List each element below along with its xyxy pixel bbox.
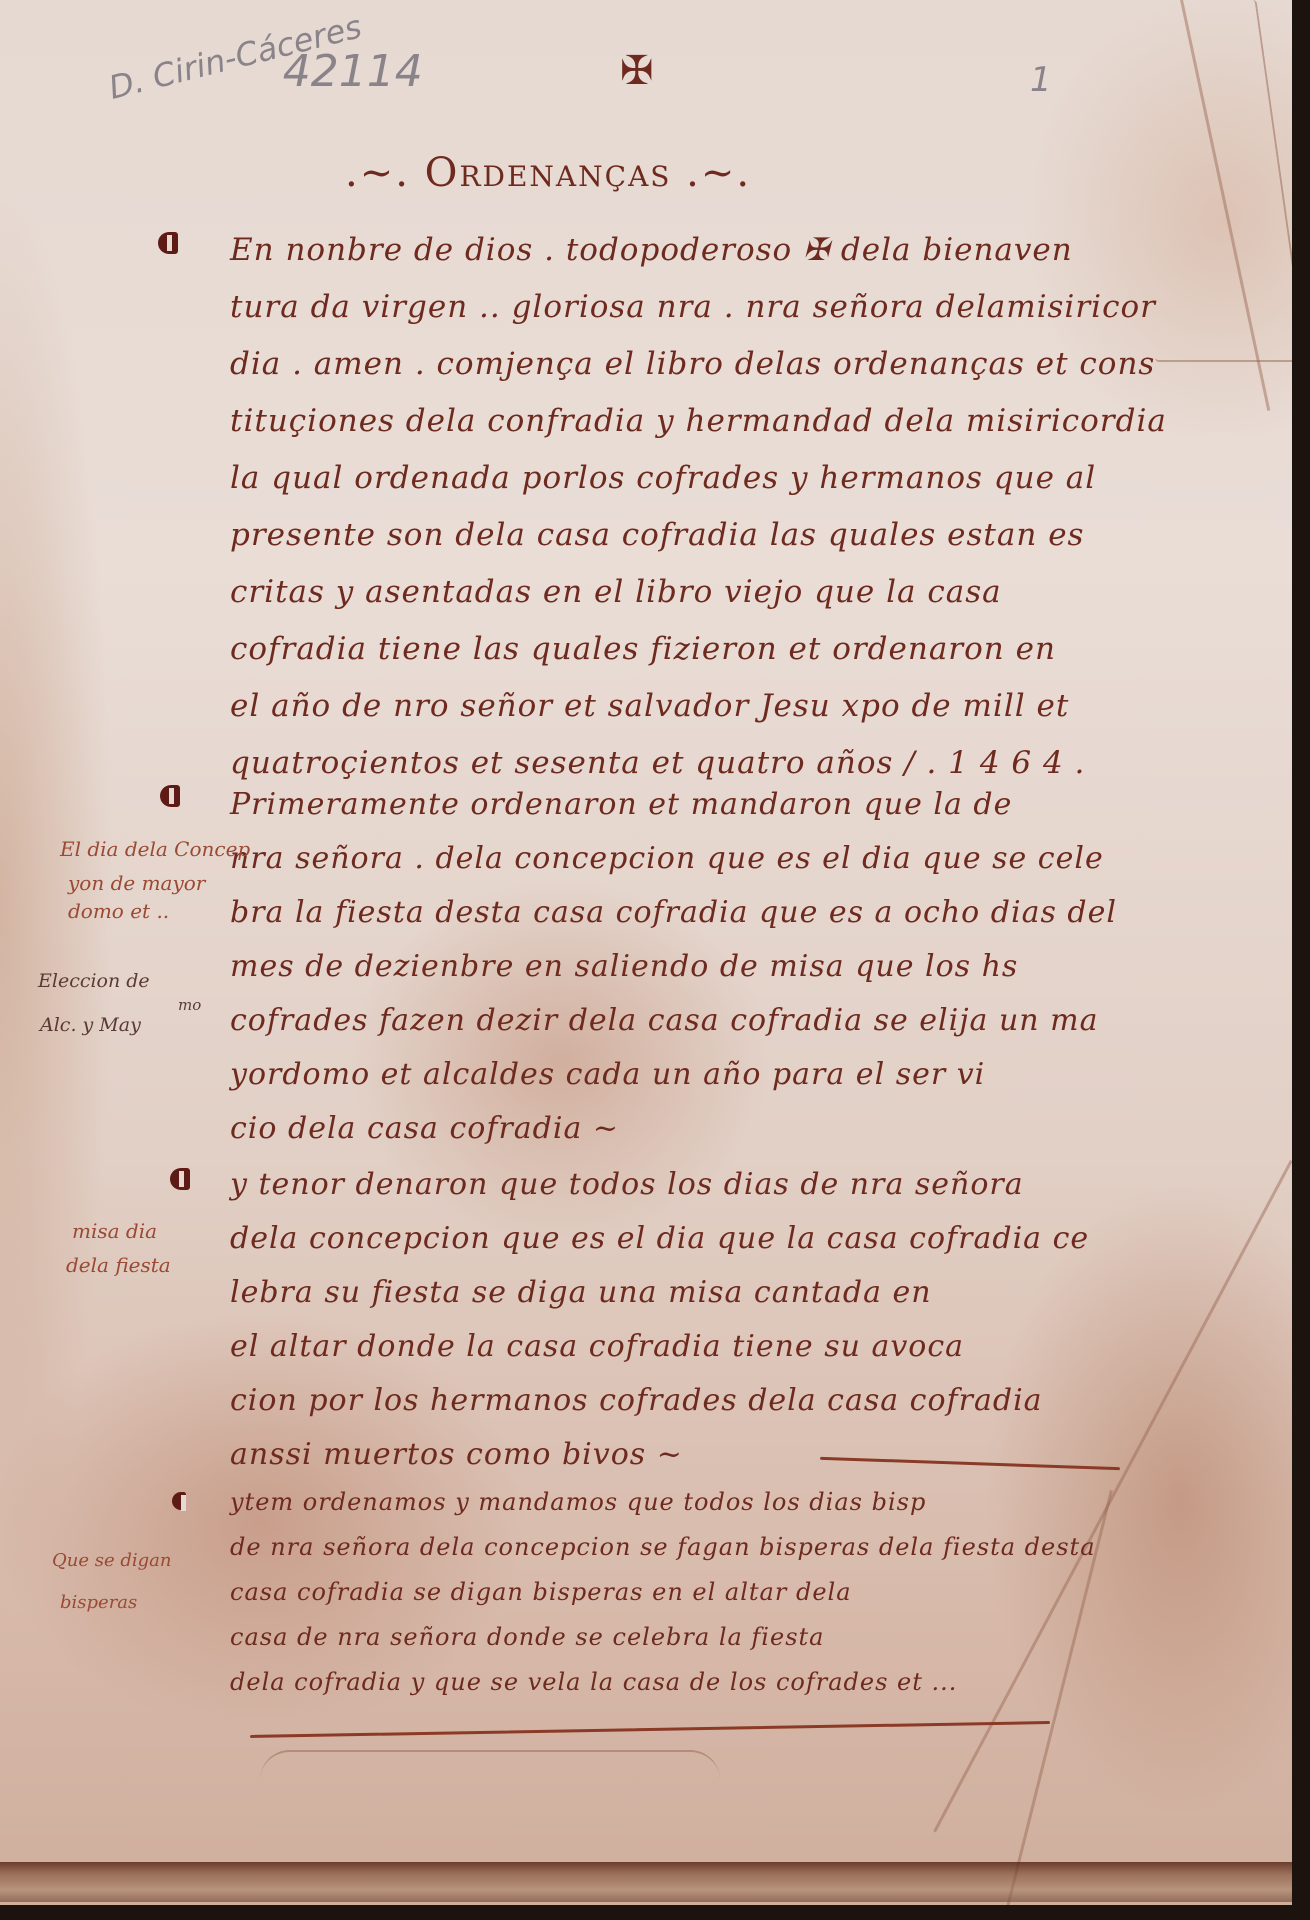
text-line: bra la fiesta desta casa cofradia que es… (230, 886, 1110, 940)
margin-note: Eleccion de (38, 968, 150, 994)
folio-number: 1 (1030, 60, 1052, 100)
text-line: dela cofradia y que se vela la casa de l… (230, 1660, 1110, 1705)
text-line: el año de nro señor et salvador Jesu xpo… (230, 678, 1110, 735)
text-line: casa de nra señora donde se celebra la f… (230, 1615, 1110, 1660)
text-line: lebra su fiesta se diga una misa cantada… (230, 1266, 1110, 1320)
text-line: yordomo et alcaldes cada un año para el … (230, 1048, 1110, 1102)
margin-note: misa dia (72, 1218, 157, 1244)
text-line: En nonbre de dios . todopoderoso ✠ dela … (230, 222, 1110, 279)
paragraph-4: ytem ordenamos y mandamos que todos los … (230, 1480, 1110, 1705)
shelfmark-number: 42114 (283, 46, 423, 97)
text-line: cio dela casa cofradia ~ (230, 1102, 1110, 1156)
text-line: presente son dela casa cofradia las qual… (230, 507, 1110, 564)
text-line: critas y asentadas en el libro viejo que… (230, 564, 1110, 621)
text-line: nra señora . dela concepcion que es el d… (230, 832, 1110, 886)
text-line: ytem ordenamos y mandamos que todos los … (230, 1480, 1110, 1525)
text-line: el altar donde la casa cofradia tiene su… (230, 1320, 1110, 1374)
paragraph-2: Primeramente ordenaron et mandaron que l… (230, 778, 1110, 1156)
text-line: y tenor denaron que todos los dias de nr… (230, 1158, 1110, 1212)
pilcrow-icon (170, 1168, 190, 1190)
text-line: cofrades fazen dezir dela casa cofradia … (230, 994, 1110, 1048)
margin-note: yon de mayor (68, 870, 205, 896)
paragraph-1: En nonbre de dios . todopoderoso ✠ dela … (230, 222, 1110, 792)
text-line: tituçiones dela confradia y hermandad de… (230, 393, 1110, 450)
margin-note: bisperas (60, 1590, 137, 1616)
pilcrow-icon (160, 785, 180, 807)
text-line: de nra señora dela concepcion se fagan b… (230, 1525, 1110, 1570)
page-bottom-edge (0, 1862, 1292, 1902)
page-title: .~. Ordenanças .~. (345, 150, 751, 196)
text-line: mes de dezienbre en saliendo de misa que… (230, 940, 1110, 994)
pilcrow-icon (158, 232, 178, 254)
pilcrow-icon (172, 1492, 186, 1510)
margin-note: Alc. y May (40, 1012, 141, 1038)
text-line: dia . amen . comjença el libro delas ord… (230, 336, 1110, 393)
text-line: cofradia tiene las quales fizieron et or… (230, 621, 1110, 678)
text-line: dela concepcion que es el dia que la cas… (230, 1212, 1110, 1266)
text-line: tura da virgen .. gloriosa nra . nra señ… (230, 279, 1110, 336)
shelfmark-note: D. Cirin-Cáceres 42114 (105, 0, 427, 154)
text-line: Primeramente ordenaron et mandaron que l… (230, 778, 1110, 832)
cross-symbol-icon: ✠ (620, 48, 654, 94)
photo-frame-edge (0, 1905, 1310, 1920)
text-line: la qual ordenada porlos cofrades y herma… (230, 450, 1110, 507)
text-line: casa cofradia se digan bisperas en el al… (230, 1570, 1110, 1615)
line-flourish (250, 1721, 1050, 1738)
manuscript-page: ✠ 1 D. Cirin-Cáceres 42114 .~. Ordenança… (0, 0, 1292, 1905)
margin-note: domo et .. (68, 898, 169, 924)
photo-frame-edge (1292, 0, 1310, 1920)
torn-region-bottom (260, 1750, 720, 1862)
text-line: cion por los hermanos cofrades dela casa… (230, 1374, 1110, 1428)
margin-note: Que se digan (52, 1548, 171, 1574)
text-line: anssi muertos como bivos ~ (230, 1428, 1110, 1482)
margin-note: El dia dela Concep (60, 836, 250, 862)
paragraph-3: y tenor denaron que todos los dias de nr… (230, 1158, 1110, 1482)
margin-note: dela fiesta (66, 1252, 171, 1278)
margin-note: mo (178, 992, 201, 1018)
